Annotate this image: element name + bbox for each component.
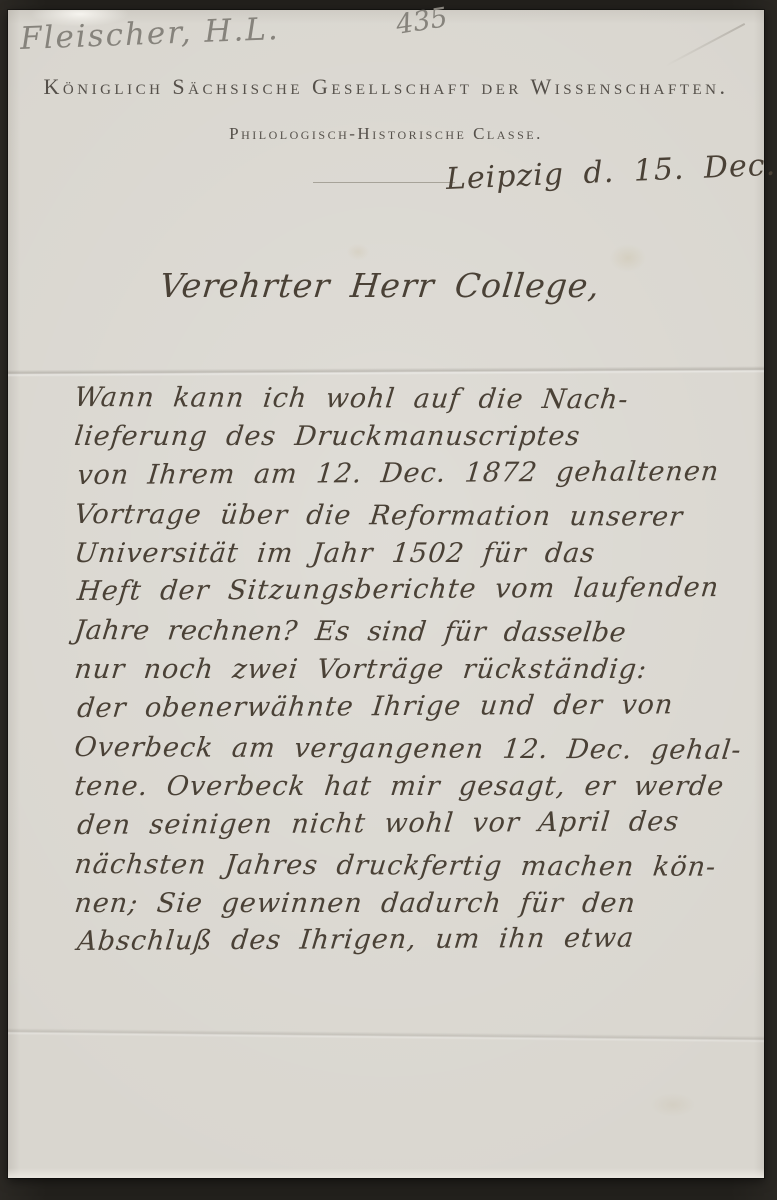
fold-crease-lower	[8, 1028, 764, 1043]
pencil-cataloguer-annotation: Fleischer, H.L.	[19, 11, 280, 57]
letterhead-class-name: Philologisch-Historische Classe.	[8, 124, 764, 144]
body-line: tene. Overbeck hat mir gesagt, er werde	[72, 771, 764, 810]
body-line: Abschluß des Ihrigen, um ihn etwa	[75, 922, 764, 965]
letterhead-society-name: Königlich Sächsische Gesellschaft der Wi…	[8, 74, 764, 100]
body-line: nur noch zwei Vorträge rückständig:	[72, 654, 764, 693]
body-line: nen; Sie gewinnen dadurch für den	[72, 888, 764, 927]
body-line: Vortrage über die Reformation unserer	[72, 499, 764, 541]
salutation: Verehrter Herr College,	[158, 266, 602, 305]
body-line: Overbeck am vergangenen 12. Dec. gehal-	[72, 732, 764, 774]
letter-paper: Fleischer, H.L. 435 Königlich Sächsische…	[8, 10, 764, 1178]
body-line: Universität im Jahr 1502 für das	[72, 538, 764, 577]
fold-crease-upper	[8, 366, 764, 377]
body-line: Heft der Sitzungsberichte vom laufenden	[75, 572, 764, 615]
letter-body: Wann kann ich wohl auf die Nach- lieferu…	[72, 382, 760, 965]
corner-crease	[665, 23, 745, 67]
scan-background: Fleischer, H.L. 435 Königlich Sächsische…	[0, 0, 777, 1200]
body-line: den seinigen nicht wohl vor April des	[75, 806, 764, 849]
body-line: lieferung des Druckmanuscriptes	[72, 421, 764, 460]
pencil-folio-number: 435	[394, 2, 450, 41]
body-line: nächsten Jahres druckfertig machen kön-	[72, 849, 764, 891]
printed-date-rule	[313, 182, 455, 183]
body-line: der obenerwähnte Ihrige und der von	[75, 689, 764, 732]
body-line: Jahre rechnen? Es sind für dasselbe	[72, 615, 764, 657]
body-line: von Ihrem am 12. Dec. 1872 gehaltenen	[75, 456, 764, 499]
body-line: Wann kann ich wohl auf die Nach-	[72, 382, 764, 424]
handwritten-dateline: Leipzig d. 15. Dec. 1873.	[445, 143, 777, 197]
